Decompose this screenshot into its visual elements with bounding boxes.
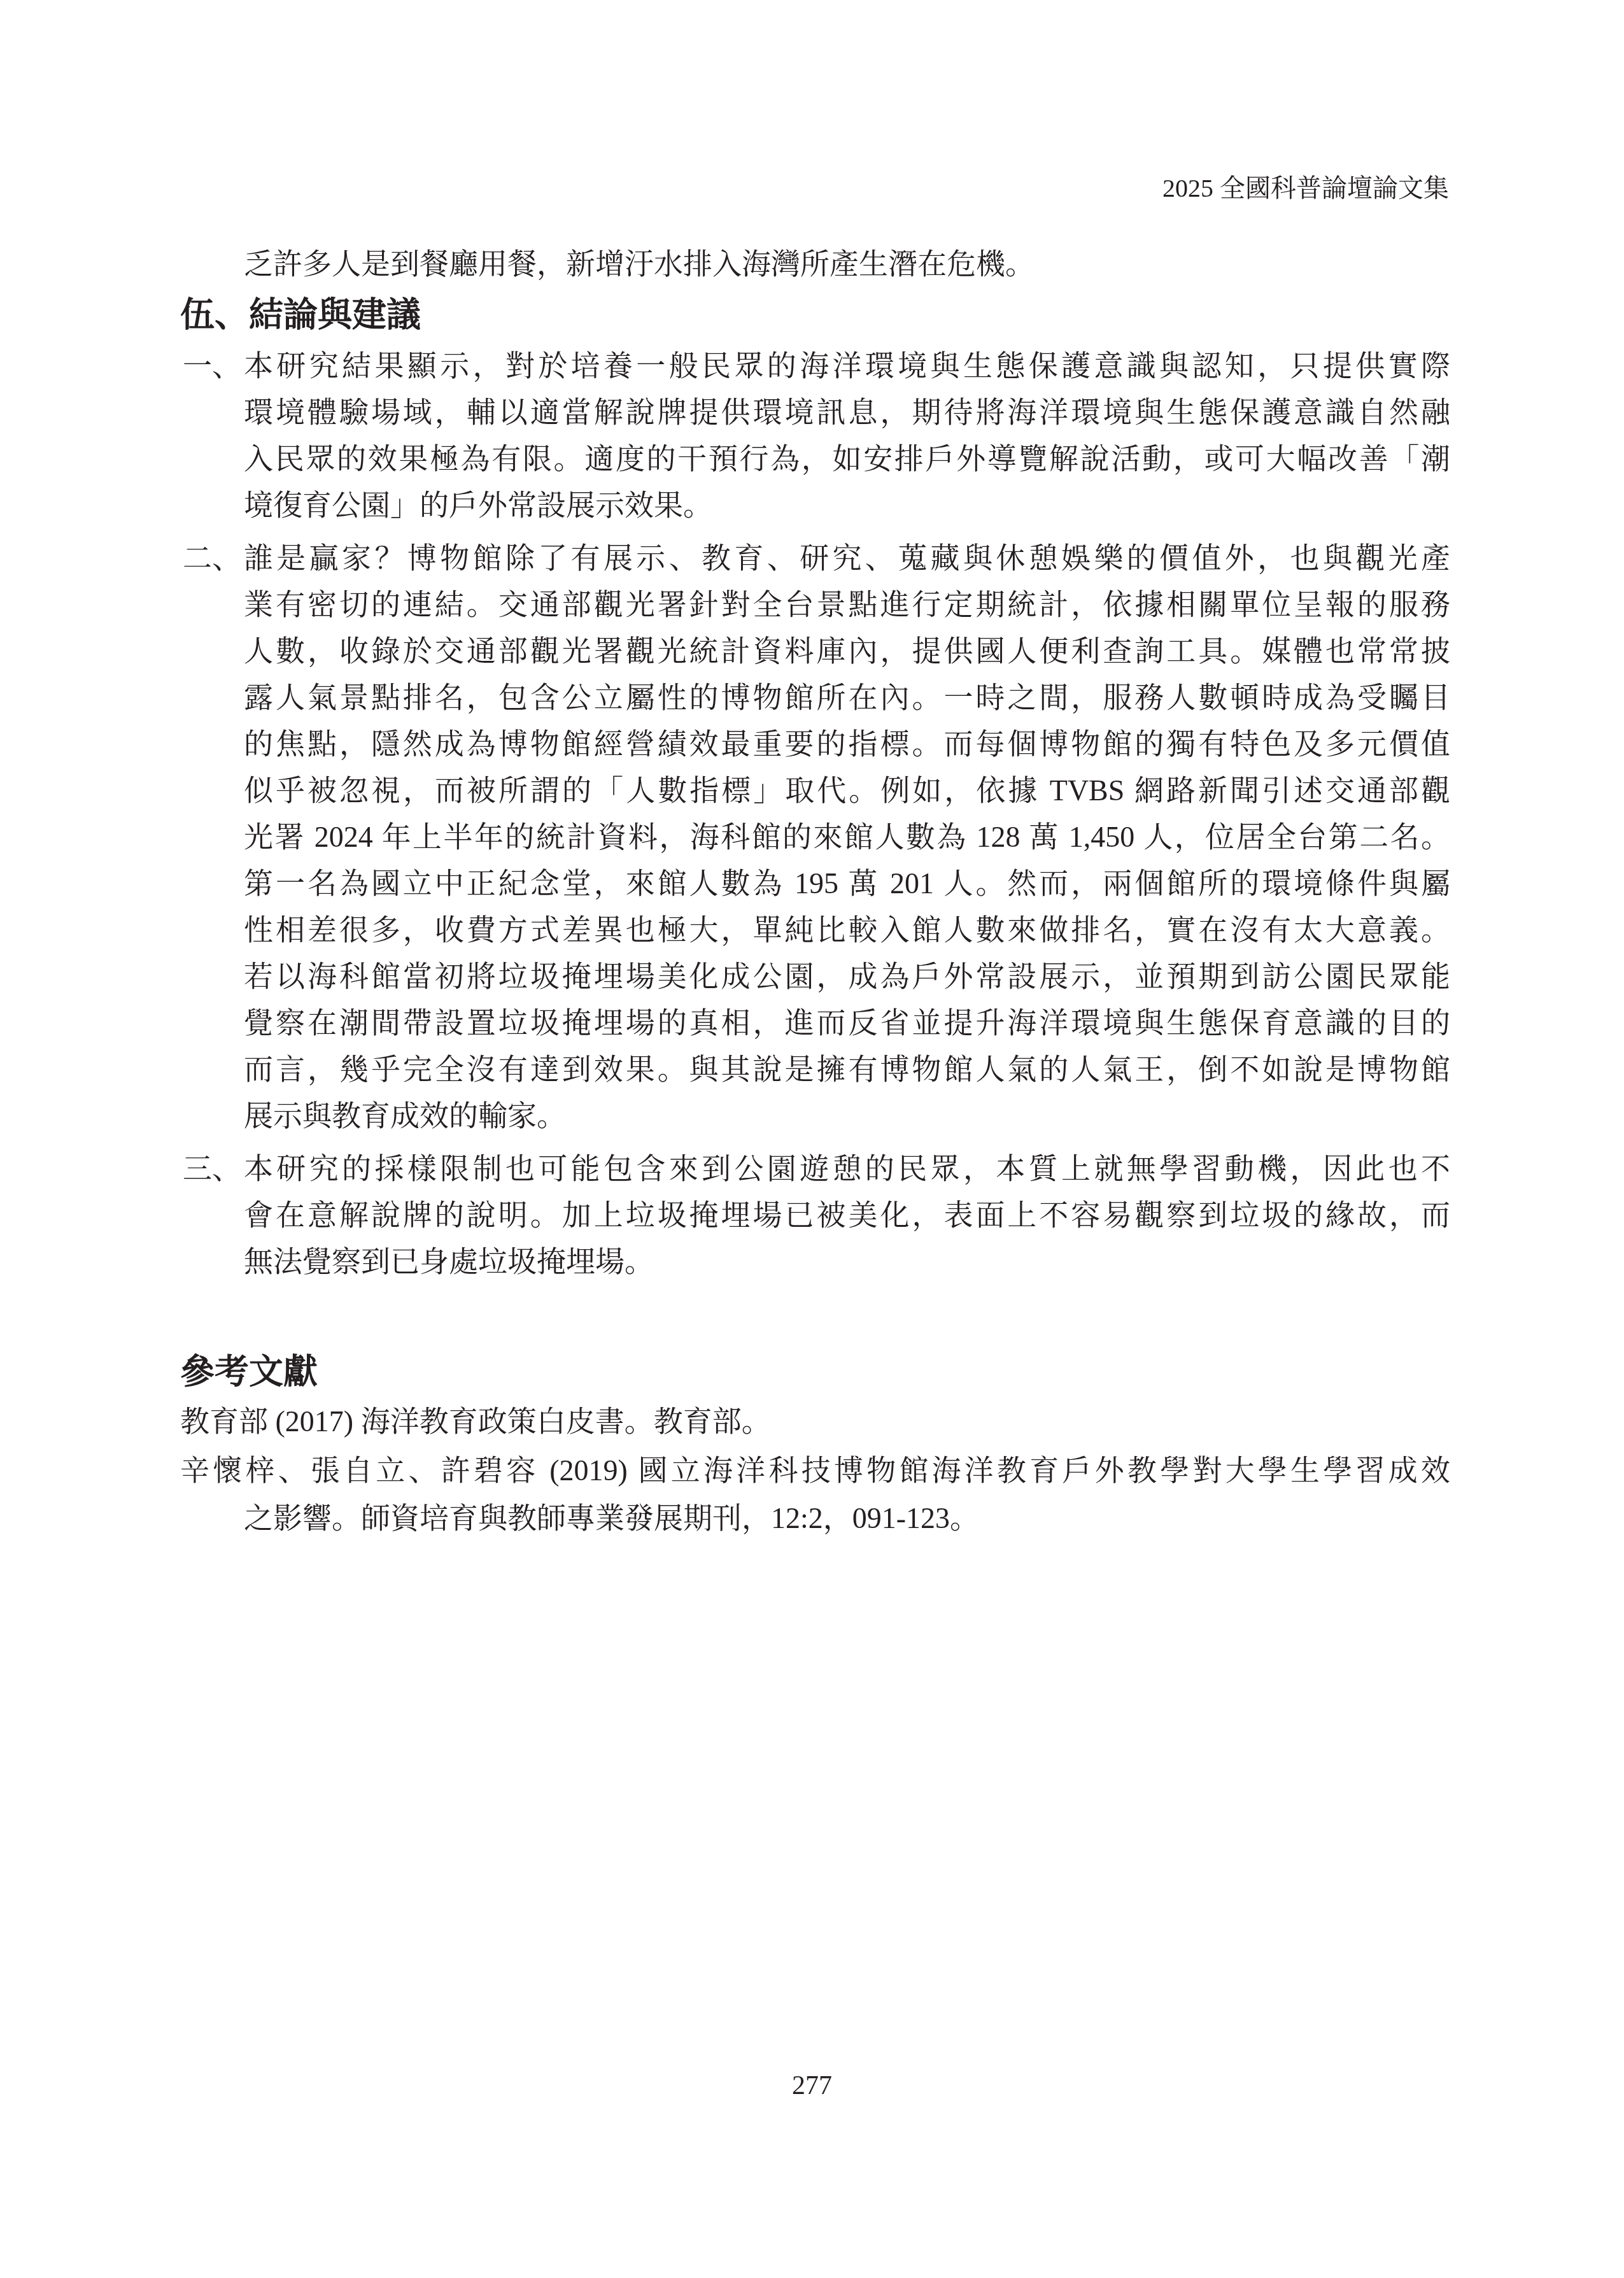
references-heading: 參考文獻: [180, 1351, 318, 1393]
list-line: 若以海科館當初將垃圾掩埋場美化成公園，成為戶外常設展示，並預期到訪公園民眾能: [244, 958, 1450, 996]
list-line: 覺察在潮間帶設置垃圾掩埋場的真相，進而反省並提升海洋環境與生態保育意識的目的: [244, 1004, 1450, 1042]
list-line: 似乎被忽視，而被所謂的「人數指標」取代。例如，依據 TVBS 網路新聞引述交通部…: [244, 772, 1450, 810]
reference-line: 之影響。師資培育與教師專業發展期刊，12:2，091-123。: [244, 1499, 979, 1538]
reference-line: 辛懷梓、張自立、許碧容 (2019) 國立海洋科技博物館海洋教育戶外教學對大學生…: [180, 1452, 1450, 1490]
list-line: 露人氣景點排名，包含公立屬性的博物館所在內。一時之間，服務人數頓時成為受矚目: [244, 679, 1450, 717]
page-number: 277: [0, 2068, 1624, 2104]
reference-line: 教育部 (2017) 海洋教育政策白皮書。教育部。: [180, 1403, 771, 1441]
list-line: 入民眾的效果極為有限。適度的干預行為，如安排戶外導覽解說活動，或可大幅改善「潮: [244, 440, 1450, 478]
list-line: 境復育公園」的戶外常設展示效果。: [244, 486, 712, 525]
list-line: 無法覺察到已身處垃圾掩埋場。: [244, 1243, 654, 1281]
list-line: 的焦點，隱然成為博物館經營績效最重要的指標。而每個博物館的獨有特色及多元價值: [244, 725, 1450, 763]
list-marker: 三、: [183, 1150, 241, 1188]
list-line: 業有密切的連結。交通部觀光署針對全台景點進行定期統計，依據相關單位呈報的服務: [244, 586, 1450, 624]
list-line: 性相差很多，收費方式差異也極大，單純比較入館人數來做排名，實在沒有太大意義。: [244, 911, 1450, 949]
list-line: 光署 2024 年上半年的統計資料，海科館的來館人數為 128 萬 1,450 …: [244, 818, 1450, 856]
list-marker: 二、: [183, 539, 241, 577]
list-line: 環境體驗場域，輔以適當解說牌提供環境訊息，期待將海洋環境與生態保護意識自然融: [244, 393, 1450, 432]
list-line: 而言，幾乎完全沒有達到效果。與其說是擁有博物館人氣的人氣王，倒不如說是博物館: [244, 1051, 1450, 1089]
section-heading: 伍、結論與建議: [180, 294, 421, 336]
list-line: 本研究的採樣限制也可能包含來到公園遊憩的民眾，本質上就無學習動機，因此也不: [244, 1150, 1450, 1188]
list-line: 人數，收錄於交通部觀光署觀光統計資料庫內，提供國人便利查詢工具。媒體也常常披: [244, 632, 1450, 670]
list-line: 會在意解說牌的說明。加上垃圾掩埋場已被美化，表面上不容易觀察到垃圾的緣故，而: [244, 1196, 1450, 1235]
list-line: 第一名為國立中正紀念堂，來館人數為 195 萬 201 人。然而，兩個館所的環境…: [244, 865, 1450, 903]
list-line: 本研究結果顯示，對於培養一般民眾的海洋環境與生態保護意識與認知，只提供實際: [244, 347, 1450, 385]
list-line: 展示與教育成效的輸家。: [244, 1097, 566, 1135]
continuation-line: 乏許多人是到餐廳用餐，新增汙水排入海灣所產生潛在危機。: [244, 245, 1034, 283]
running-header: 2025 全國科普論壇論文集: [1162, 171, 1449, 206]
list-marker: 一、: [183, 347, 241, 385]
list-line: 誰是贏家？博物館除了有展示、教育、研究、蒐藏與休憩娛樂的價值外，也與觀光產: [244, 539, 1450, 577]
